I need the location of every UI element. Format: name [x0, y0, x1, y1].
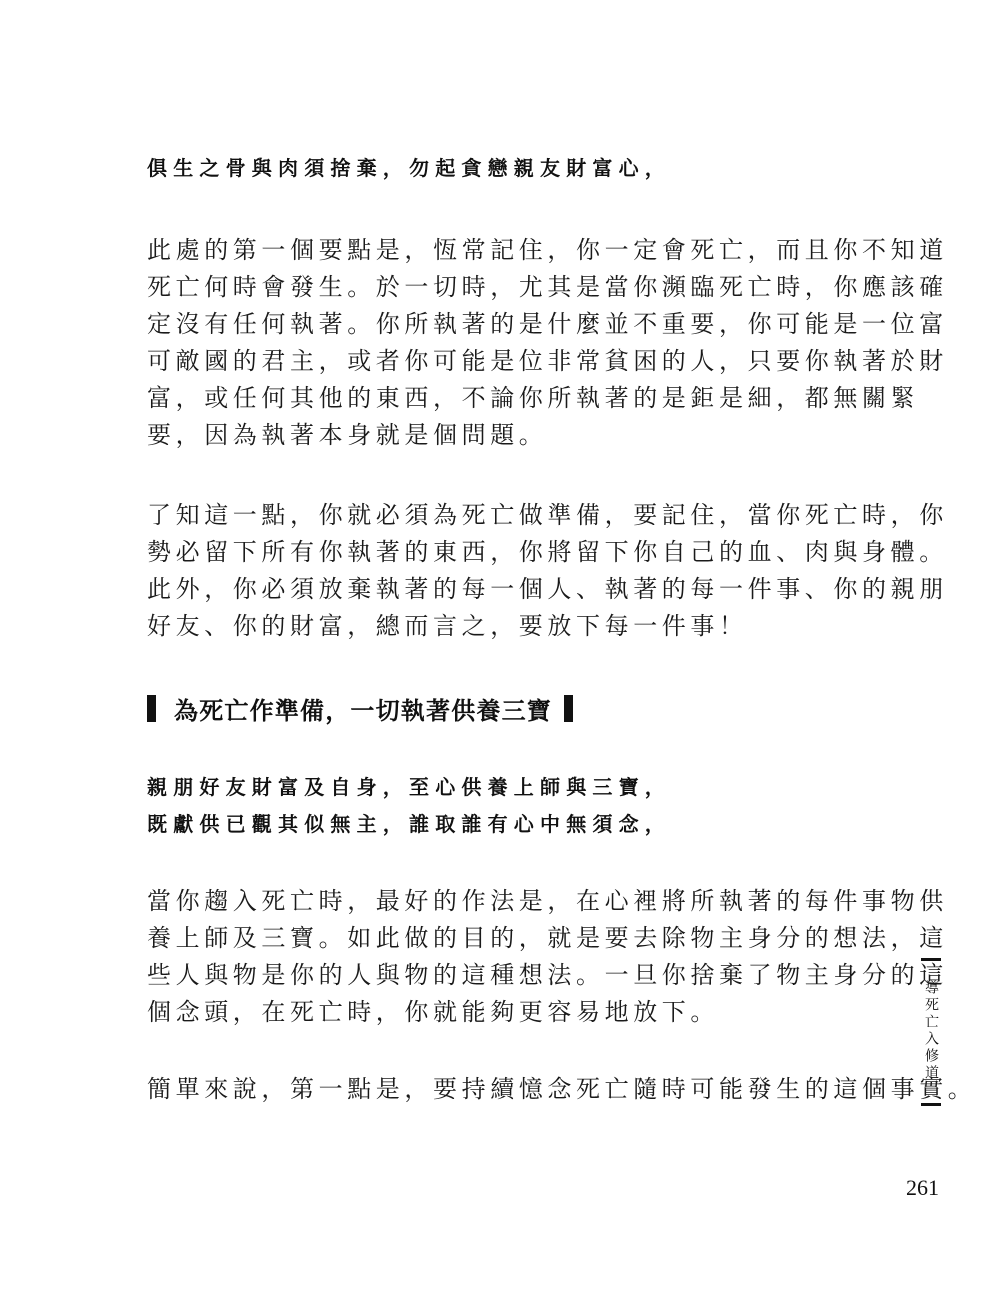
- side-tab-rule-top: [921, 958, 941, 961]
- verse-2-line: 既獻供已觀其似無主，誰取誰有心中無須念，: [147, 806, 671, 843]
- verse-1: 俱生之骨與肉須捨棄，勿起貪戀親友財富心，: [147, 150, 671, 187]
- paragraph-line: 勢必留下所有你執著的東西，你將留下你自己的血、肉與身體。: [147, 534, 847, 571]
- paragraph-3: 當你趨入死亡時，最好的作法是，在心裡將所執著的每件事物供 養上師及三寶。如此做的…: [147, 883, 847, 1031]
- paragraph-line: 此處的第一個要點是，恆常記住，你一定會死亡，而且你不知道: [147, 232, 847, 269]
- paragraph-line: 些人與物是你的人與物的這種想法。一旦你捨棄了物主身分的這: [147, 957, 847, 994]
- section-heading-text: 為死亡作準備，一切執著供養三寶: [174, 691, 552, 726]
- page-number: 261: [906, 1175, 939, 1201]
- paragraph-line: 死亡何時會發生。於一切時，尤其是當你瀕臨死亡時，你應該確: [147, 269, 847, 306]
- paragraph-line: 可敵國的君主，或者你可能是位非常貧困的人，只要你執著於財: [147, 343, 847, 380]
- paragraph-line: 要，因為執著本身就是個問題。: [147, 417, 847, 454]
- heading-bar-right: [564, 695, 573, 722]
- paragraph-line: 簡單來說，第一點是，要持續憶念死亡隨時可能發生的這個事實。: [147, 1071, 847, 1108]
- paragraph-line: 當你趨入死亡時，最好的作法是，在心裡將所執著的每件事物供: [147, 883, 847, 920]
- paragraph-line: 定沒有任何執著。你所執著的是什麼並不重要，你可能是一位富: [147, 306, 847, 343]
- paragraph-line: 此外，你必須放棄執著的每一個人、執著的每一件事、你的親朋: [147, 571, 847, 608]
- side-tab-text: 導死亡入修道: [921, 980, 941, 1082]
- paragraph-1: 此處的第一個要點是，恆常記住，你一定會死亡，而且你不知道 死亡何時會發生。於一切…: [147, 232, 847, 454]
- paragraph-line: 好友、你的財富，總而言之，要放下每一件事！: [147, 608, 847, 645]
- paragraph-4: 簡單來說，第一點是，要持續憶念死亡隨時可能發生的這個事實。: [147, 1071, 847, 1108]
- paragraph-2: 了知這一點，你就必須為死亡做準備，要記住，當你死亡時，你 勢必留下所有你執著的東…: [147, 497, 847, 645]
- paragraph-line: 了知這一點，你就必須為死亡做準備，要記住，當你死亡時，你: [147, 497, 847, 534]
- section-heading: 為死亡作準備，一切執著供養三寶: [147, 688, 573, 728]
- paragraph-line: 富，或任何其他的東西，不論你所執著的是鉅是細，都無關緊: [147, 380, 847, 417]
- side-tab-rule-bottom: [921, 1103, 941, 1106]
- verse-2-line: 親朋好友財富及自身，至心供養上師與三寶，: [147, 769, 671, 806]
- paragraph-line: 養上師及三寶。如此做的目的，就是要去除物主身分的想法，這: [147, 920, 847, 957]
- verse-1-line: 俱生之骨與肉須捨棄，勿起貪戀親友財富心，: [147, 156, 671, 180]
- paragraph-line: 個念頭，在死亡時，你就能夠更容易地放下。: [147, 994, 847, 1031]
- heading-bar-left: [147, 695, 156, 722]
- chapter-side-tab: 導死亡入修道: [921, 958, 941, 1108]
- verse-2: 親朋好友財富及自身，至心供養上師與三寶， 既獻供已觀其似無主，誰取誰有心中無須念…: [147, 769, 671, 843]
